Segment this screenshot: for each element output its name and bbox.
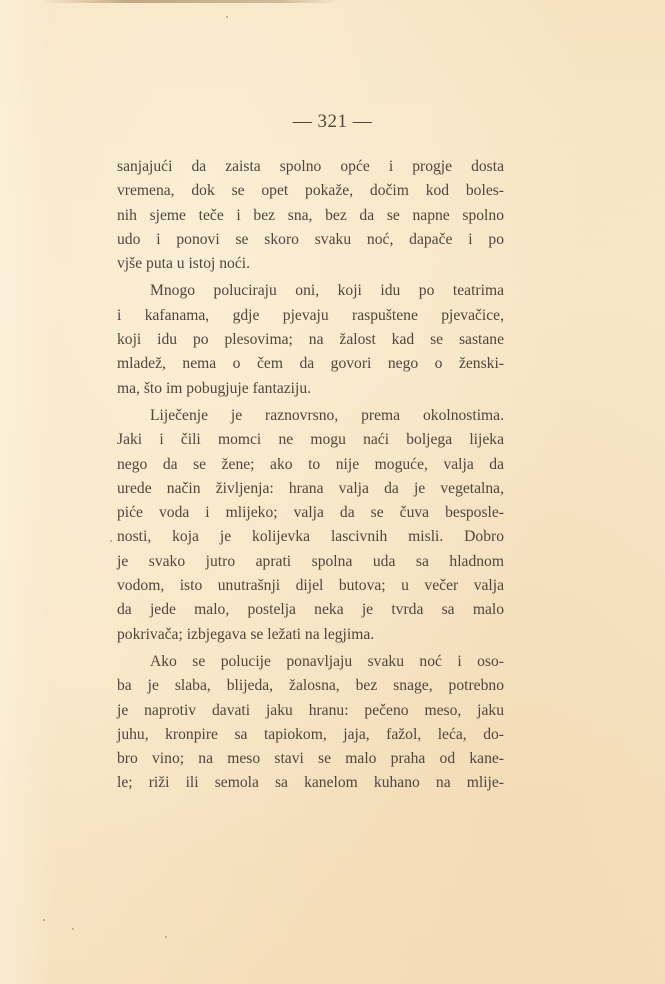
text-line: urede način življenja: hrana valja da je… <box>117 477 504 501</box>
paper-speck <box>43 919 45 921</box>
text-line: sanjajući da zaista spolno opće i progje… <box>117 155 504 179</box>
text-line: da jede malo, postelja neka je tvrda sa … <box>117 598 504 622</box>
page-top-edge <box>40 0 340 3</box>
paragraph: Mnogo poluciraju oni, koji idu po teatri… <box>117 279 504 400</box>
text-line: udo i ponovi se skoro svaku noć, dapače … <box>117 228 504 252</box>
text-line: vodom, isto unutrašnji dijel butova; u v… <box>117 574 504 598</box>
text-line: Mnogo poluciraju oni, koji idu po teatri… <box>117 279 504 303</box>
page-number: — 321 — <box>0 111 665 133</box>
paragraph: sanjajući da zaista spolno opće i progje… <box>117 155 504 276</box>
text-line: koji idu po plesovima; na žalost kad se … <box>117 328 504 352</box>
text-line: nosti, koja je kolijevka lascivnih misli… <box>117 525 504 549</box>
text-line: mladež, nema o čem da govori nego o žens… <box>117 352 504 376</box>
paper-speck <box>165 936 167 938</box>
text-line: Liječenje je raznovrsno, prema okolnosti… <box>117 404 504 428</box>
text-line: le; riži ili semola sa kanelom kuhano na… <box>117 771 504 795</box>
text-line: nego da se žene; ako to nije moguće, val… <box>117 453 504 477</box>
text-line: nih sjeme teče i bez sna, bez da se napn… <box>117 204 504 228</box>
body-text: sanjajući da zaista spolno opće i progje… <box>117 155 504 796</box>
text-line: pokrivača; izbjegava se ležati na legjim… <box>117 623 504 647</box>
text-line: juhu, kronpire sa tapiokom, jaja, fažol,… <box>117 723 504 747</box>
text-line: je svako jutro aprati spolna uda sa hlad… <box>117 550 504 574</box>
text-line: i kafanama, gdje pjevaju raspuštene pjev… <box>117 304 504 328</box>
text-line: bro vino; na meso stavi se malo praha od… <box>117 747 504 771</box>
page-shading <box>0 0 55 984</box>
paper-speck <box>110 540 112 542</box>
text-line: Ako se polucije ponavljaju svaku noć i o… <box>117 650 504 674</box>
paper-speck <box>226 16 228 18</box>
text-line: vjše puta u istoj noći. <box>117 252 504 276</box>
text-line: vremena, dok se opet pokaže, dočim kod b… <box>117 179 504 203</box>
text-line: ba je slaba, blijeda, žalosna, bez snage… <box>117 674 504 698</box>
text-line: je naprotiv davati jaku hranu: pečeno me… <box>117 699 504 723</box>
scanned-page: — 321 — sanjajući da zaista spolno opće … <box>0 0 665 984</box>
paragraph: Ako se polucije ponavljaju svaku noć i o… <box>117 650 504 796</box>
text-line: piće voda i mlijeko; valja da se čuva be… <box>117 501 504 525</box>
paragraph: Liječenje je raznovrsno, prema okolnosti… <box>117 404 504 647</box>
paper-speck <box>72 928 74 930</box>
text-line: ma, što im pobugjuje fantaziju. <box>117 377 504 401</box>
text-line: Jaki i čili momci ne mogu naći boljega l… <box>117 428 504 452</box>
